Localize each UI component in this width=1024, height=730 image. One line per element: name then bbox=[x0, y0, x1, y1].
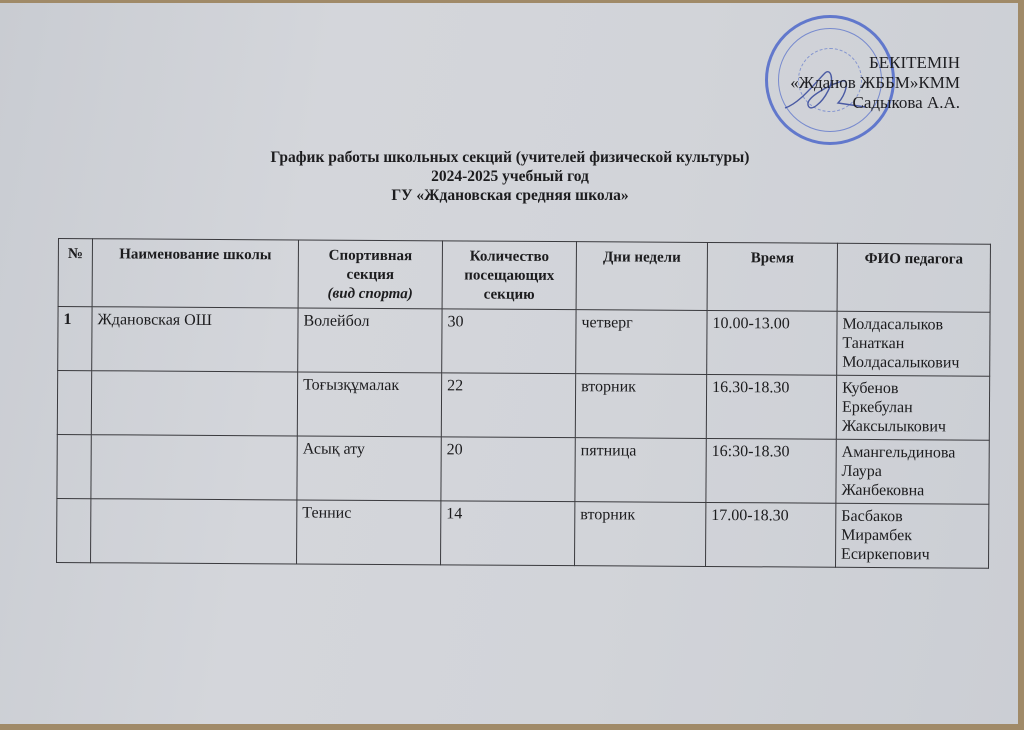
header-time: Время bbox=[707, 242, 837, 311]
cell-num bbox=[57, 371, 91, 435]
cell-days: четверг bbox=[576, 310, 707, 375]
title-line-1: График работы школьных секций (учителей … bbox=[230, 148, 790, 167]
header-sport-line1: Спортивная bbox=[304, 247, 437, 267]
cell-num: 1 bbox=[58, 307, 92, 371]
header-sport-line3: (вид спорта) bbox=[304, 285, 437, 305]
teacher-patronymic: Жаксылыкович bbox=[842, 417, 984, 437]
title-line-2: 2024-2025 учебный год bbox=[230, 167, 790, 186]
cell-time: 17.00-18.30 bbox=[706, 502, 836, 567]
cell-teacher: Басбаков Мирамбек Есиркепович bbox=[836, 503, 989, 568]
cell-time: 16:30-18.30 bbox=[706, 438, 836, 503]
cell-school bbox=[91, 499, 297, 564]
cell-days: вторник bbox=[575, 374, 706, 439]
cell-count: 22 bbox=[441, 373, 575, 438]
approval-block: БЕКІТЕМІН «Жданов ЖББМ»КММ Садыкова А.А. bbox=[790, 53, 960, 113]
teacher-patronymic: Молдасалыкович bbox=[842, 353, 984, 373]
cell-teacher: Молдасалыков Танаткан Молдасалыкович bbox=[837, 311, 990, 376]
header-sport-line2: секция bbox=[304, 266, 437, 286]
document-page: БЕКІТЕМІН «Жданов ЖББМ»КММ Садыкова А.А.… bbox=[0, 3, 1018, 724]
cell-time: 10.00-13.00 bbox=[707, 310, 837, 375]
approval-organization: «Жданов ЖББМ»КММ bbox=[790, 73, 960, 93]
teacher-name: Мирамбек bbox=[841, 526, 983, 546]
teacher-surname: Кубенов bbox=[842, 379, 984, 399]
cell-school: Ждановская ОШ bbox=[92, 307, 298, 372]
cell-num bbox=[57, 498, 91, 562]
header-days: Дни недели bbox=[576, 242, 707, 311]
header-sport: Спортивная секция (вид спорта) bbox=[298, 240, 442, 309]
teacher-patronymic: Жанбековна bbox=[841, 481, 983, 501]
teacher-name: Еркебулан bbox=[842, 398, 984, 418]
teacher-patronymic: Есиркепович bbox=[841, 545, 983, 565]
cell-days: вторник bbox=[575, 502, 706, 567]
approval-heading: БЕКІТЕМІН bbox=[790, 53, 960, 73]
cell-num bbox=[57, 434, 91, 498]
teacher-name: Лаура bbox=[842, 462, 984, 482]
cell-count: 30 bbox=[442, 309, 576, 374]
header-teacher: ФИО педагога bbox=[837, 243, 990, 312]
table-header-row: № Наименование школы Спортивная секция (… bbox=[58, 239, 990, 313]
teacher-surname: Амангельдинова bbox=[842, 443, 984, 463]
header-num: № bbox=[58, 239, 92, 307]
cell-sport: Теннис bbox=[297, 500, 441, 565]
teacher-surname: Молдасалыков bbox=[842, 315, 984, 335]
title-line-3: ГУ «Ждановская средняя школа» bbox=[230, 186, 790, 205]
cell-time: 16.30-18.30 bbox=[706, 374, 836, 439]
cell-school bbox=[91, 435, 297, 500]
teacher-surname: Басбаков bbox=[841, 507, 983, 527]
table-row: Асық ату 20 пятница 16:30-18.30 Амангель… bbox=[57, 434, 989, 504]
header-school: Наименование школы bbox=[92, 239, 298, 308]
cell-teacher: Кубенов Еркебулан Жаксылыкович bbox=[836, 375, 989, 440]
cell-sport: Асық ату bbox=[297, 436, 441, 501]
schedule-table: № Наименование школы Спортивная секция (… bbox=[56, 238, 991, 569]
table-row: Тоғызқұмалак 22 вторник 16.30-18.30 Кубе… bbox=[57, 371, 989, 441]
cell-days: пятница bbox=[575, 438, 706, 503]
table-row: Теннис 14 вторник 17.00-18.30 Басбаков М… bbox=[57, 498, 989, 568]
cell-teacher: Амангельдинова Лаура Жанбековна bbox=[836, 439, 989, 504]
cell-school bbox=[91, 371, 297, 436]
cell-count: 14 bbox=[441, 501, 575, 566]
cell-sport: Тоғызқұмалак bbox=[297, 372, 441, 437]
approval-signatory: Садыкова А.А. bbox=[790, 93, 960, 113]
header-count: Количество посещающих секцию bbox=[442, 241, 576, 310]
document-title: График работы школьных секций (учителей … bbox=[230, 148, 790, 205]
table-row: 1 Ждановская ОШ Волейбол 30 четверг 10.0… bbox=[58, 307, 990, 377]
cell-sport: Волейбол bbox=[298, 308, 442, 373]
cell-count: 20 bbox=[441, 437, 575, 502]
teacher-name: Танаткан bbox=[842, 334, 984, 354]
